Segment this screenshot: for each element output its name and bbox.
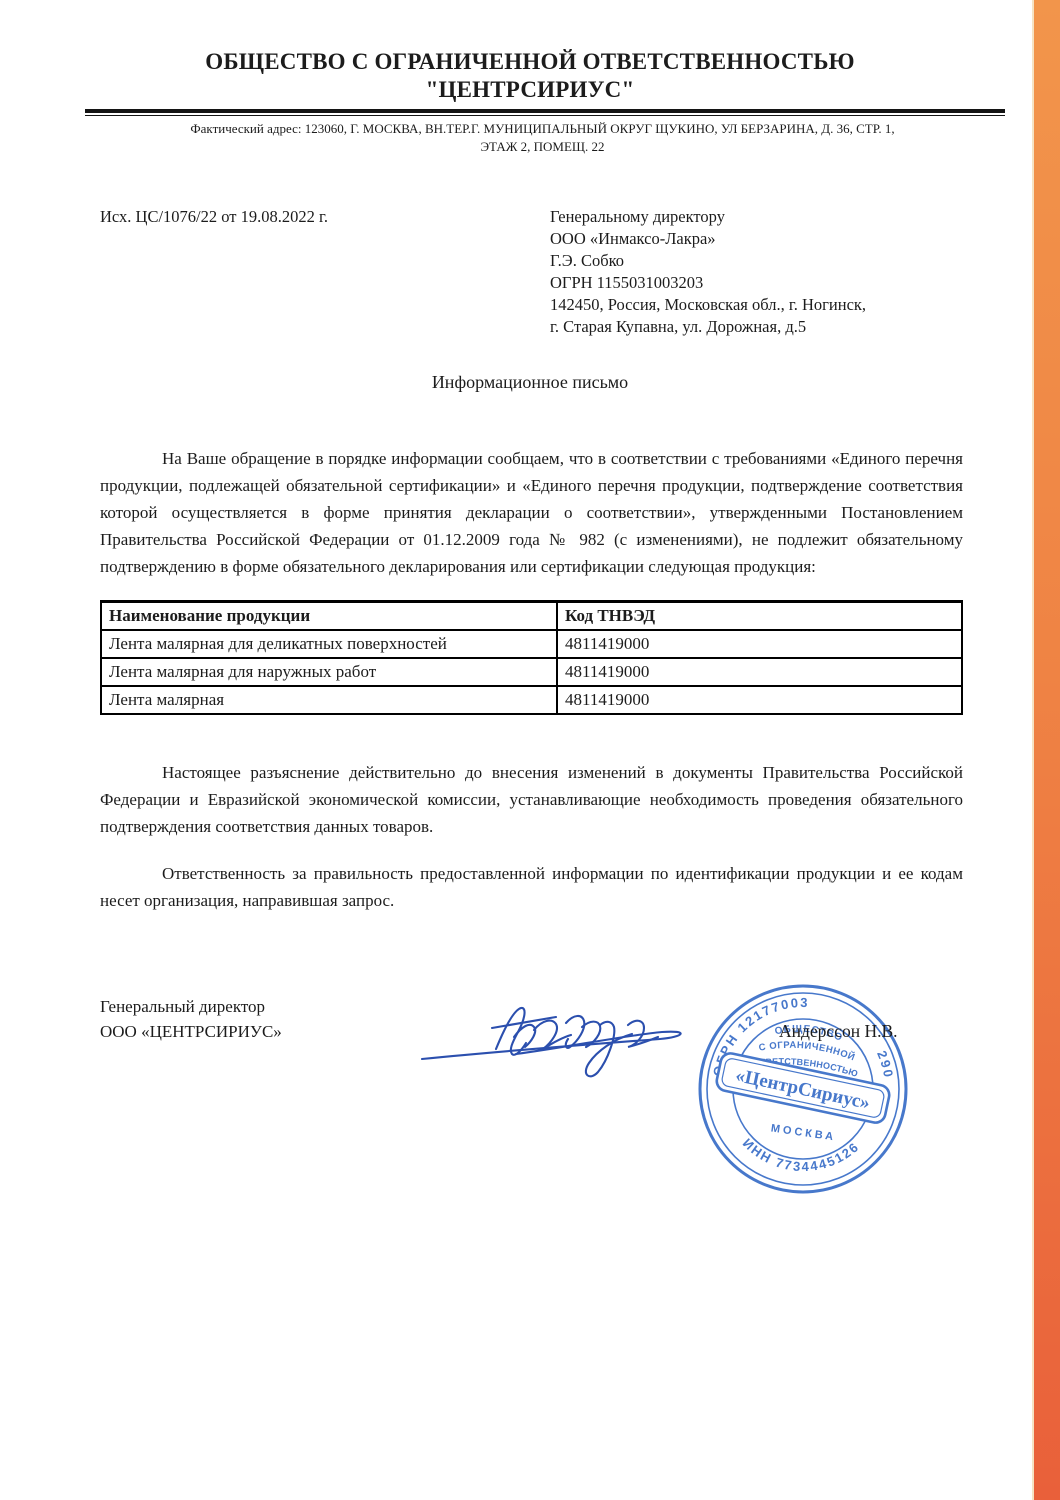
letter-title: Информационное письмо xyxy=(0,372,1060,393)
paragraph-responsibility: Ответственность за правильность предоста… xyxy=(100,860,963,914)
signer-name: Андерссон Н.В. xyxy=(779,1021,898,1042)
table-row: Лента малярная для деликатных поверхност… xyxy=(101,630,962,658)
svg-text:290: 290 xyxy=(874,1048,896,1080)
org-name-line1: ОБЩЕСТВО С ОГРАНИЧЕННОЙ ОТВЕТСТВЕННОСТЬЮ xyxy=(60,48,1000,76)
addressee-block: Генеральному директору ООО «Инмаксо-Лакр… xyxy=(550,206,963,338)
address-line2: ЭТАЖ 2, ПОМЕЩ. 22 xyxy=(95,138,990,156)
paragraph-main: На Ваше обращение в порядке информации с… xyxy=(100,445,963,580)
reference-row: Исх. ЦС/1076/22 от 19.08.2022 г. Генерал… xyxy=(100,206,963,338)
cell-product: Лента малярная xyxy=(101,686,557,714)
address-line1: Фактический адрес: 123060, Г. МОСКВА, ВН… xyxy=(95,120,990,138)
page-accent-strip xyxy=(1032,0,1060,1500)
outgoing-number: Исх. ЦС/1076/22 от 19.08.2022 г. xyxy=(100,206,550,338)
stamp-ogrn-tail: 290 xyxy=(874,1048,896,1080)
addressee-line: Генеральному директору xyxy=(550,206,963,228)
table-header-row: Наименование продукции Код ТНВЭД xyxy=(101,602,962,631)
letterhead-rule xyxy=(85,109,1005,116)
stamp-inn-text: ИНН 7734445126 xyxy=(740,1135,863,1174)
cell-code: 4811419000 xyxy=(557,686,962,714)
signature-ink xyxy=(408,997,718,1092)
letterhead-address: Фактический адрес: 123060, Г. МОСКВА, ВН… xyxy=(95,120,990,156)
cell-code: 4811419000 xyxy=(557,630,962,658)
table-row: Лента малярная 4811419000 xyxy=(101,686,962,714)
cell-product: Лента малярная для наружных работ xyxy=(101,658,557,686)
addressee-line: 142450, Россия, Московская обл., г. Ноги… xyxy=(550,294,963,316)
cell-product: Лента малярная для деликатных поверхност… xyxy=(101,630,557,658)
letterhead-org-name: ОБЩЕСТВО С ОГРАНИЧЕННОЙ ОТВЕТСТВЕННОСТЬЮ… xyxy=(60,48,1000,104)
paragraph-validity: Настоящее разъяснение действительно до в… xyxy=(100,759,963,840)
addressee-line: ООО «Инмаксо-Лакра» xyxy=(550,228,963,250)
stamp-city-text: МОСКВА xyxy=(770,1123,837,1144)
col-header-code: Код ТНВЭД xyxy=(557,602,962,631)
company-stamp: ОГРН 12177003 290 ИНН 7734445126 ОБЩЕСТВ… xyxy=(693,979,913,1199)
addressee-line: ОГРН 1155031003203 xyxy=(550,272,963,294)
table-row: Лента малярная для наружных работ 481141… xyxy=(101,658,962,686)
signature-area: Генеральный директор ООО «ЦЕНТРСИРИУС» xyxy=(0,994,1060,1214)
letter-page: ОБЩЕСТВО С ОГРАНИЧЕННОЙ ОТВЕТСТВЕННОСТЬЮ… xyxy=(0,0,1060,1500)
svg-text:ИНН 7734445126: ИНН 7734445126 xyxy=(740,1135,863,1174)
org-name-line2: "ЦЕНТРСИРИУС" xyxy=(60,76,1000,104)
product-codes-table: Наименование продукции Код ТНВЭД Лента м… xyxy=(100,600,963,715)
addressee-line: г. Старая Купавна, ул. Дорожная, д.5 xyxy=(550,316,963,338)
cell-code: 4811419000 xyxy=(557,658,962,686)
col-header-product: Наименование продукции xyxy=(101,602,557,631)
addressee-line: Г.Э. Собко xyxy=(550,250,963,272)
